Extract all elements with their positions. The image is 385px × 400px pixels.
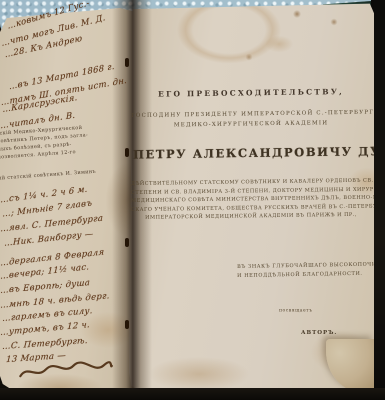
titles-line: ДѢЙСТВИТЕЛЬНОМУ СТАТСКОМУ СОВѢТНИКУ И КА… [131, 178, 371, 187]
presents-word: посвящаетъ [279, 308, 312, 313]
titles-line: МЕДИЦИНСКАГО СОВѢТА МИНИСТЕРСТВА ВНУТРЕН… [131, 195, 371, 204]
titles-line: ИМПЕРАТОРСКОЙ МЕДИЦИНСКОЙ АКАДЕМІИ ВЪ ПА… [131, 212, 371, 221]
dedication-page: ЕГО ПРЕВОСХОДИТЕЛЬСТВУ, ГОСПОДИНУ ПРЕЗИД… [129, 2, 376, 396]
dedication-phrase: И НЕПОДДѢЛЬНОЙ БЛАГОДАРНОСТИ. [237, 271, 363, 279]
dedication-phrase: ВЪ ЗНАКЪ ГЛУБОЧАЙШАГО ВЫСОКОПОЧИТАНІЯ [237, 261, 385, 269]
right-cover-edge [374, 0, 385, 400]
titles-line: СТЕПЕНИ И СВ. ВЛАДИМІРА 3-Й СТЕПЕНИ, ДОК… [131, 186, 371, 195]
bottom-cover-edge [0, 388, 385, 400]
dedicatee-name: ПЕТРУ АЛЕКСАНДРОВИЧУ ДУБОВИЦКОМУ, [133, 144, 361, 161]
dedication-subheading: МЕДИКО-ХИРУРГИЧЕСКОЙ АКАДЕМІИ [131, 119, 371, 129]
author-word: АВТОРЪ. [301, 329, 337, 336]
book-photo: …ковымъ 12 Гус.- …что могъ Лив. М. Д. …2… [0, 0, 385, 400]
titles-line: СКАГО УЧЕНАГО КОМИТЕТА, ОБЩЕСТВА РУССКИХ… [131, 203, 371, 212]
dedication-heading: ЕГО ПРЕВОСХОДИТЕЛЬСТВУ, [131, 87, 371, 99]
dedication-subheading: ГОСПОДИНУ ПРЕЗИДЕНТУ ИМПЕРАТОРСКОЙ С.-ПЕ… [131, 109, 371, 119]
